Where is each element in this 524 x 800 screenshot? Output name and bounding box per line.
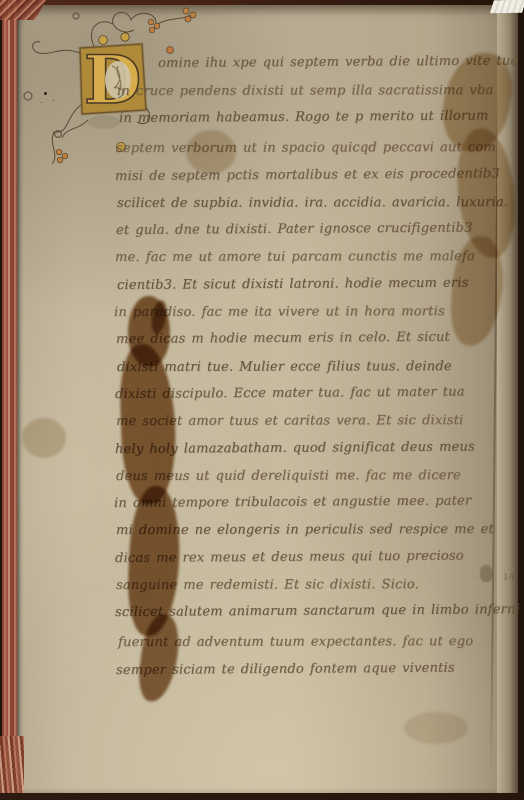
manuscript-text-line: scilicet salutem animarum sanctarum que … [115, 603, 520, 619]
faint-stain-top-center [186, 130, 236, 174]
manuscript-text-line: scilicet de supbia. invidia. ira. accidi… [117, 196, 508, 210]
faint-smudge-left-margin [22, 418, 66, 458]
marginal-foliation-mark: 14 [503, 573, 514, 583]
book-bottom-edge [0, 793, 524, 800]
initial-shadow-smudge [88, 115, 120, 129]
manuscript-photo: D omine ihu xpe qui septem verba die ult… [0, 0, 524, 800]
red-page-edges-bottom [0, 736, 24, 800]
white-interleaf-corner [490, 0, 524, 13]
manuscript-text-line: me. fac me ut amore tui parcam cunctis m… [115, 250, 475, 264]
manuscript-text-line: misi de septem pctis mortalibus et ex ei… [115, 167, 500, 183]
manuscript-text-line: cientib3. Et sicut dixisti latroni. hodi… [117, 277, 469, 292]
gold-initial-block: D [80, 41, 146, 119]
manuscript-text-line: in memoriam habeamus. Rogo te p merito u… [119, 109, 489, 125]
faint-smudge-bottom [404, 712, 468, 744]
ink-specks [44, 92, 47, 95]
manuscript-text-line: et gula. dne tu dixisti. Pater ignosce c… [116, 222, 473, 237]
ink-blot-right-margin [480, 565, 493, 582]
red-page-edges-left [2, 0, 17, 800]
manuscript-text-line: in cruce pendens dixisti ut semp illa sa… [117, 84, 493, 98]
manuscript-text-line: septem verborum ut in spacio quicqd pecc… [116, 141, 496, 155]
manuscript-text-line: dixisti matri tue. Mulier ecce filius tu… [117, 360, 452, 374]
